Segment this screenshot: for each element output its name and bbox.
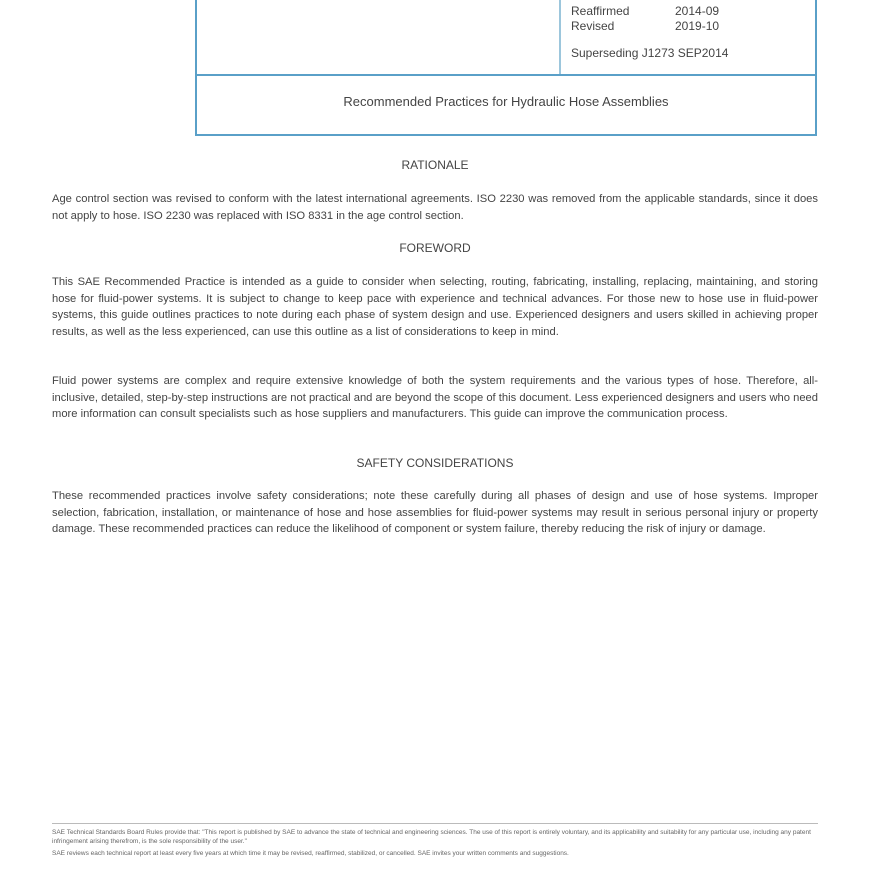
- safety-paragraph: These recommended practices involve safe…: [52, 488, 818, 538]
- date-value: 2014-09: [675, 4, 719, 19]
- date-row-reaffirmed: Reaffirmed 2014-09: [571, 4, 805, 19]
- safety-heading: SAFETY CONSIDERATIONS: [0, 456, 870, 470]
- date-label: Reaffirmed: [571, 4, 675, 19]
- rationale-paragraph: Age control section was revised to confo…: [52, 191, 818, 224]
- footer-line-1: SAE Technical Standards Board Rules prov…: [52, 828, 818, 846]
- date-value: 2019-10: [675, 19, 719, 34]
- date-label: Revised: [571, 19, 675, 34]
- footer-notice: SAE Technical Standards Board Rules prov…: [52, 823, 818, 858]
- rationale-heading: RATIONALE: [0, 158, 870, 172]
- foreword-heading: FOREWORD: [0, 241, 870, 255]
- date-row-revised: Revised 2019-10: [571, 19, 805, 34]
- foreword-paragraph-1: This SAE Recommended Practice is intende…: [52, 274, 818, 340]
- foreword-paragraph-2: Fluid power systems are complex and requ…: [52, 373, 818, 423]
- superseding: Superseding J1273 SEP2014: [571, 46, 805, 60]
- footer-line-2: SAE reviews each technical report at lea…: [52, 849, 818, 858]
- document-header-box: Reaffirmed 2014-09 Revised 2019-10 Super…: [195, 0, 817, 136]
- header-top: Reaffirmed 2014-09 Revised 2019-10 Super…: [197, 0, 815, 76]
- header-dates: Reaffirmed 2014-09 Revised 2019-10 Super…: [559, 0, 815, 74]
- document-title: Recommended Practices for Hydraulic Hose…: [197, 94, 815, 109]
